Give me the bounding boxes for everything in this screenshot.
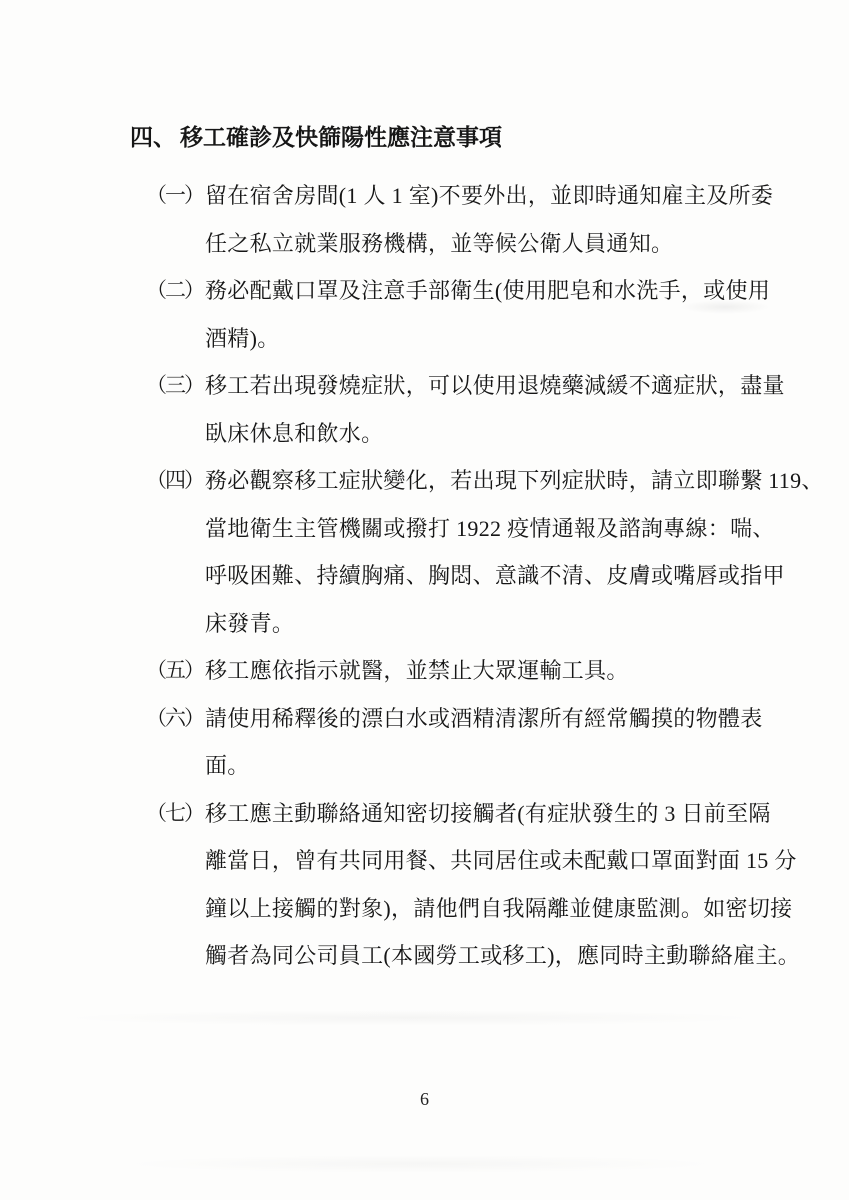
item-line: 移工應主動聯絡通知密切接觸者(有症狀發生的 3 日前至隔 bbox=[205, 790, 800, 838]
section-number: 四、 bbox=[130, 122, 180, 154]
list-item: （一）留在宿舍房間(1 人 1 室)不要外出，並即時通知雇主及所委任之私立就業服… bbox=[130, 172, 824, 267]
item-line: 鐘以上接觸的對象)，請他們自我隔離並健康監測。如密切接 bbox=[205, 885, 800, 933]
item-line: 離當日，曾有共同用餐、共同居住或未配戴口罩面對面 15 分 bbox=[205, 837, 800, 885]
item-line: 酒精)。 bbox=[205, 315, 770, 363]
item-marker: （六） bbox=[146, 695, 205, 743]
item-lines: 移工應依指示就醫，並禁止大眾運輸工具。 bbox=[205, 647, 629, 695]
item-line: 面。 bbox=[205, 742, 763, 790]
item-lines: 留在宿舍房間(1 人 1 室)不要外出，並即時通知雇主及所委任之私立就業服務機構… bbox=[205, 172, 773, 267]
document-body: 四、 移工確診及快篩陽性應注意事項 （一）留在宿舍房間(1 人 1 室)不要外出… bbox=[130, 122, 824, 980]
scan-artifact bbox=[60, 1010, 760, 1026]
scan-artifact bbox=[120, 1155, 720, 1173]
item-marker: （五） bbox=[146, 647, 205, 695]
item-line: 任之私立就業服務機構，並等候公衛人員通知。 bbox=[205, 220, 773, 268]
item-line: 務必觀察移工症狀變化，若出現下列症狀時，請立即聯繫 119、 bbox=[205, 457, 824, 505]
item-line: 床發青。 bbox=[205, 600, 824, 648]
item-marker: （七） bbox=[146, 790, 205, 838]
page-number: 6 bbox=[0, 1088, 849, 1110]
item-line: 移工應依指示就醫，並禁止大眾運輸工具。 bbox=[205, 647, 629, 695]
item-lines: 請使用稀釋後的漂白水或酒精清潔所有經常觸摸的物體表面。 bbox=[205, 695, 763, 790]
item-line: 當地衛生主管機關或撥打 1922 疫情通報及諮詢專線：喘、 bbox=[205, 505, 824, 553]
item-list: （一）留在宿舍房間(1 人 1 室)不要外出，並即時通知雇主及所委任之私立就業服… bbox=[130, 172, 824, 980]
document-page: 四、 移工確診及快篩陽性應注意事項 （一）留在宿舍房間(1 人 1 室)不要外出… bbox=[0, 0, 849, 1200]
item-lines: 務必觀察移工症狀變化，若出現下列症狀時，請立即聯繫 119、當地衛生主管機關或撥… bbox=[205, 457, 824, 647]
item-line: 請使用稀釋後的漂白水或酒精清潔所有經常觸摸的物體表 bbox=[205, 695, 763, 743]
item-lines: 移工應主動聯絡通知密切接觸者(有症狀發生的 3 日前至隔離當日，曾有共同用餐、共… bbox=[205, 790, 800, 980]
item-lines: 移工若出現發燒症狀，可以使用退燒藥減緩不適症狀，盡量臥床休息和飲水。 bbox=[205, 362, 785, 457]
section-title: 移工確診及快篩陽性應注意事項 bbox=[180, 122, 502, 154]
item-line: 臥床休息和飲水。 bbox=[205, 410, 785, 458]
item-line: 務必配戴口罩及注意手部衛生(使用肥皂和水洗手，或使用 bbox=[205, 267, 770, 315]
item-line: 呼吸困難、持續胸痛、胸悶、意識不清、皮膚或嘴唇或指甲 bbox=[205, 552, 824, 600]
item-marker: （三） bbox=[146, 362, 205, 410]
item-marker: （一） bbox=[146, 172, 205, 220]
item-line: 留在宿舍房間(1 人 1 室)不要外出，並即時通知雇主及所委 bbox=[205, 172, 773, 220]
section-heading: 四、 移工確診及快篩陽性應注意事項 bbox=[130, 122, 824, 154]
item-line: 移工若出現發燒症狀，可以使用退燒藥減緩不適症狀，盡量 bbox=[205, 362, 785, 410]
item-lines: 務必配戴口罩及注意手部衛生(使用肥皂和水洗手，或使用酒精)。 bbox=[205, 267, 770, 362]
item-marker: （二） bbox=[146, 267, 205, 315]
item-marker: （四） bbox=[146, 457, 205, 505]
list-item: （二）務必配戴口罩及注意手部衛生(使用肥皂和水洗手，或使用酒精)。 bbox=[130, 267, 824, 362]
list-item: （三）移工若出現發燒症狀，可以使用退燒藥減緩不適症狀，盡量臥床休息和飲水。 bbox=[130, 362, 824, 457]
list-item: （四）務必觀察移工症狀變化，若出現下列症狀時，請立即聯繫 119、當地衛生主管機… bbox=[130, 457, 824, 647]
list-item: （五）移工應依指示就醫，並禁止大眾運輸工具。 bbox=[130, 647, 824, 695]
list-item: （七）移工應主動聯絡通知密切接觸者(有症狀發生的 3 日前至隔離當日，曾有共同用… bbox=[130, 790, 824, 980]
item-line: 觸者為同公司員工(本國勞工或移工)，應同時主動聯絡雇主。 bbox=[205, 932, 800, 980]
list-item: （六）請使用稀釋後的漂白水或酒精清潔所有經常觸摸的物體表面。 bbox=[130, 695, 824, 790]
